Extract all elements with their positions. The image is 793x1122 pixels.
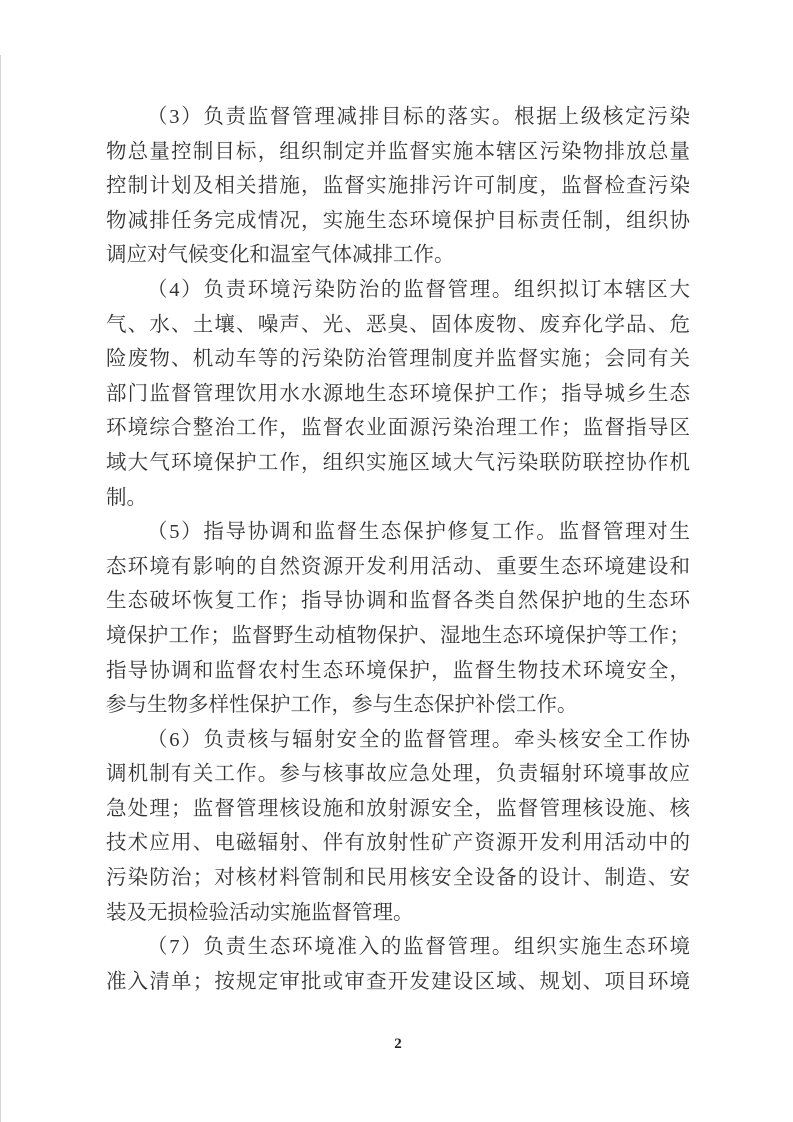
text-line: 调机制有关工作。参与核事故应急处理，负责辐射环境事故应 (106, 757, 690, 792)
text-line: 生态破坏恢复工作；指导协调和监督各类自然保护地的生态环 (106, 584, 690, 619)
text-line: 控制计划及相关措施，监督实施排污许可制度，监督检查污染 (106, 169, 690, 204)
text-line: 污染防治；对核材料管制和民用核安全设备的设计、制造、安 (106, 861, 690, 896)
text-line: 环境综合整治工作，监督农业面源污染治理工作；监督指导区 (106, 411, 690, 446)
text-line: 急处理；监督管理核设施和放射源安全，监督管理核设施、核 (106, 792, 690, 827)
text-line: （4）负责环境污染防治的监督管理。组织拟订本辖区大 (106, 273, 690, 308)
text-line: 调应对气候变化和温室气体减排工作。 (106, 238, 690, 273)
text-line: 境保护工作；监督野生动植物保护、湿地生态环境保护等工作； (106, 619, 690, 654)
text-line: 险废物、机动车等的污染防治管理制度并监督实施；会同有关 (106, 342, 690, 377)
scan-edge-line (0, 55, 1, 1122)
page-number: 2 (106, 1036, 690, 1053)
text-line: （3）负责监督管理减排目标的落实。根据上级核定污染 (106, 100, 690, 135)
text-line: 技术应用、电磁辐射、伴有放射性矿产资源开发利用活动中的 (106, 826, 690, 861)
text-line: 准入清单；按规定审批或审查开发建设区域、规划、项目环境 (106, 965, 690, 1000)
text-line: 制。 (106, 481, 690, 516)
text-line: 物总量控制目标，组织制定并监督实施本辖区污染物排放总量 (106, 135, 690, 170)
document-body: （3）负责监督管理减排目标的落实。根据上级核定污染物总量控制目标，组织制定并监督… (106, 100, 690, 999)
text-line: （7）负责生态环境准入的监督管理。组织实施生态环境 (106, 930, 690, 965)
text-line: （5）指导协调和监督生态保护修复工作。监督管理对生 (106, 515, 690, 550)
text-line: （6）负责核与辐射安全的监督管理。牵头核安全工作协 (106, 723, 690, 758)
text-line: 指导协调和监督农村生态环境保护，监督生物技术环境安全， (106, 654, 690, 689)
text-line: 部门监督管理饮用水水源地生态环境保护工作；指导城乡生态 (106, 377, 690, 412)
text-line: 气、水、土壤、噪声、光、恶臭、固体废物、废弃化学品、危 (106, 308, 690, 343)
text-line: 参与生物多样性保护工作，参与生态保护补偿工作。 (106, 688, 690, 723)
text-line: 装及无损检验活动实施监督管理。 (106, 896, 690, 931)
document-page: （3）负责监督管理减排目标的落实。根据上级核定污染物总量控制目标，组织制定并监督… (0, 0, 793, 1122)
text-line: 域大气环境保护工作，组织实施区域大气污染联防联控协作机 (106, 446, 690, 481)
text-line: 物减排任务完成情况，实施生态环境保护目标责任制，组织协 (106, 204, 690, 239)
text-line: 态环境有影响的自然资源开发利用活动、重要生态环境建设和 (106, 550, 690, 585)
